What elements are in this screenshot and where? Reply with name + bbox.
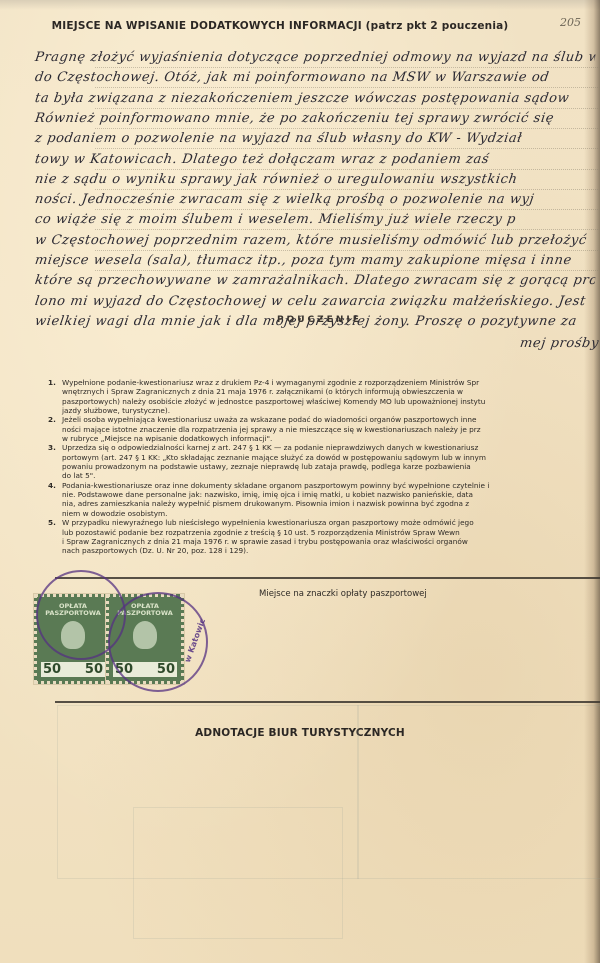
divider-line: [55, 701, 600, 703]
instruction-line: Jeżeli osoba wypełniająca kwestionariusz…: [62, 415, 600, 424]
page-top-edge: [0, 0, 600, 10]
instruction-number: 2.: [48, 415, 56, 424]
ruled-line: [95, 108, 600, 109]
stamp-value: 50 50: [41, 662, 105, 677]
handwritten-line: ta była związana z niezakończeniem jeszc…: [34, 91, 596, 106]
handwritten-line: towy w Katowicach. Dlatego też dołączam …: [34, 152, 596, 167]
instruction-line: nie. Podstawowe dane personalne jak: naz…: [62, 490, 600, 499]
instruction-item: 3.Uprzedza się o odpowiedzialności karne…: [48, 443, 600, 480]
handwritten-line: co wiąże się z moim ślubem i weselem. Mi…: [34, 212, 596, 227]
handwritten-line: które są przechowywane w zamrażalnikach.…: [34, 273, 596, 288]
handwritten-line: miejsce wesela (sala), tłumacz itp., poz…: [34, 253, 596, 268]
instruction-number: 1.: [48, 378, 56, 387]
instruction-line: Wypełnione podanie-kwestionariusz wraz z…: [62, 378, 600, 387]
instruction-item: 2.Jeżeli osoba wypełniająca kwestionariu…: [48, 415, 600, 443]
handwritten-line: mej prośby: [519, 336, 600, 351]
instruction-item: 4.Podania-kwestionariusze oraz inne doku…: [48, 481, 600, 518]
divider-line: [55, 577, 600, 579]
instruction-line: w rubryce „Miejsce na wpisanie dodatkowy…: [62, 434, 600, 443]
ruled-line: [95, 189, 600, 190]
ruled-line: [95, 87, 600, 88]
instruction-line: ności mające istotne znaczenie dla rozpa…: [62, 425, 600, 434]
instruction-line: lub pozostawić podanie bez rozpatrzenia …: [62, 528, 600, 537]
instruction-line: W przypadku niewyraźnego lub nieścisłego…: [62, 518, 600, 527]
instruction-line: Uprzedza się o odpowiedzialności karnej …: [62, 443, 600, 452]
instruction-line: jazdy służbowe, turystyczne).: [62, 406, 600, 415]
handwritten-line: lono mi wyjazd do Częstochowej w celu za…: [34, 294, 596, 309]
handwritten-line: nie z sądu o wyniku sprawy jak również o…: [34, 172, 596, 187]
ruled-line: [95, 209, 600, 210]
handwritten-line: do Częstochowej. Otóż, jak mi poinformow…: [34, 70, 596, 85]
instruction-line: nach paszportowych (Dz. U. Nr 20, poz. 1…: [62, 546, 600, 555]
instruction-line: portowym (art. 247 § 1 KK: „Kto składają…: [62, 453, 600, 462]
stamps-area-label: Miejsce na znaczki opłaty paszportowej: [259, 589, 427, 599]
document-page: 205 MIEJSCE NA WPISANIE DODATKOWYCH INFO…: [0, 0, 600, 963]
instruction-number: 3.: [48, 443, 56, 452]
ruled-line: [95, 250, 600, 251]
handwritten-line: Pragnę złożyć wyjaśnienia dotyczące popr…: [34, 50, 596, 65]
instructions-title: POUCZENIE: [277, 315, 362, 325]
additional-info-header: MIEJSCE NA WPISANIE DODATKOWYCH INFORMAC…: [0, 20, 580, 32]
instruction-line: nia, adres zamieszkania należy wypełnić …: [62, 499, 600, 508]
handwritten-line: z podaniem o pozwolenie na wyjazd na ślu…: [34, 131, 596, 146]
ruled-line: [95, 67, 600, 68]
instruction-line: i Spraw Zagranicznych z dnia 21 maja 197…: [62, 537, 600, 546]
instruction-number: 4.: [48, 481, 56, 490]
instruction-line: wnętrznych i Spraw Zagranicznych z dnia …: [62, 387, 600, 396]
instruction-number: 5.: [48, 518, 56, 527]
instructions-list: 1.Wypełnione podanie-kwestionariusz wraz…: [48, 378, 600, 556]
handwritten-line: w Częstochowej poprzednim razem, które m…: [34, 233, 596, 248]
ruled-line: [95, 128, 600, 129]
handwritten-line: Również poinformowano mnie, że po zakońc…: [34, 111, 596, 126]
instruction-item: 5.W przypadku niewyraźnego lub nieścisłe…: [48, 518, 600, 555]
instruction-item: 1.Wypełnione podanie-kwestionariusz wraz…: [48, 378, 600, 415]
ruled-line: [95, 169, 600, 170]
instruction-line: niem w dowodzie osobistym.: [62, 509, 600, 518]
instruction-line: paszportowych) należy osobiście złożyć w…: [62, 397, 600, 406]
instruction-line: powaniu prowadzonym na podstawie ustawy,…: [62, 462, 600, 471]
ruled-line: [95, 229, 600, 230]
ruled-line: [95, 270, 600, 271]
instruction-line: do lat 5".: [62, 471, 600, 480]
instruction-line: Podania-kwestionariusze oraz inne dokume…: [62, 481, 600, 490]
handwritten-line: ności. Jednocześnie zwracam się z wielką…: [34, 192, 596, 207]
bleed-through-box: [133, 807, 343, 939]
ruled-line: [95, 148, 600, 149]
bleed-through-box: [357, 705, 600, 879]
